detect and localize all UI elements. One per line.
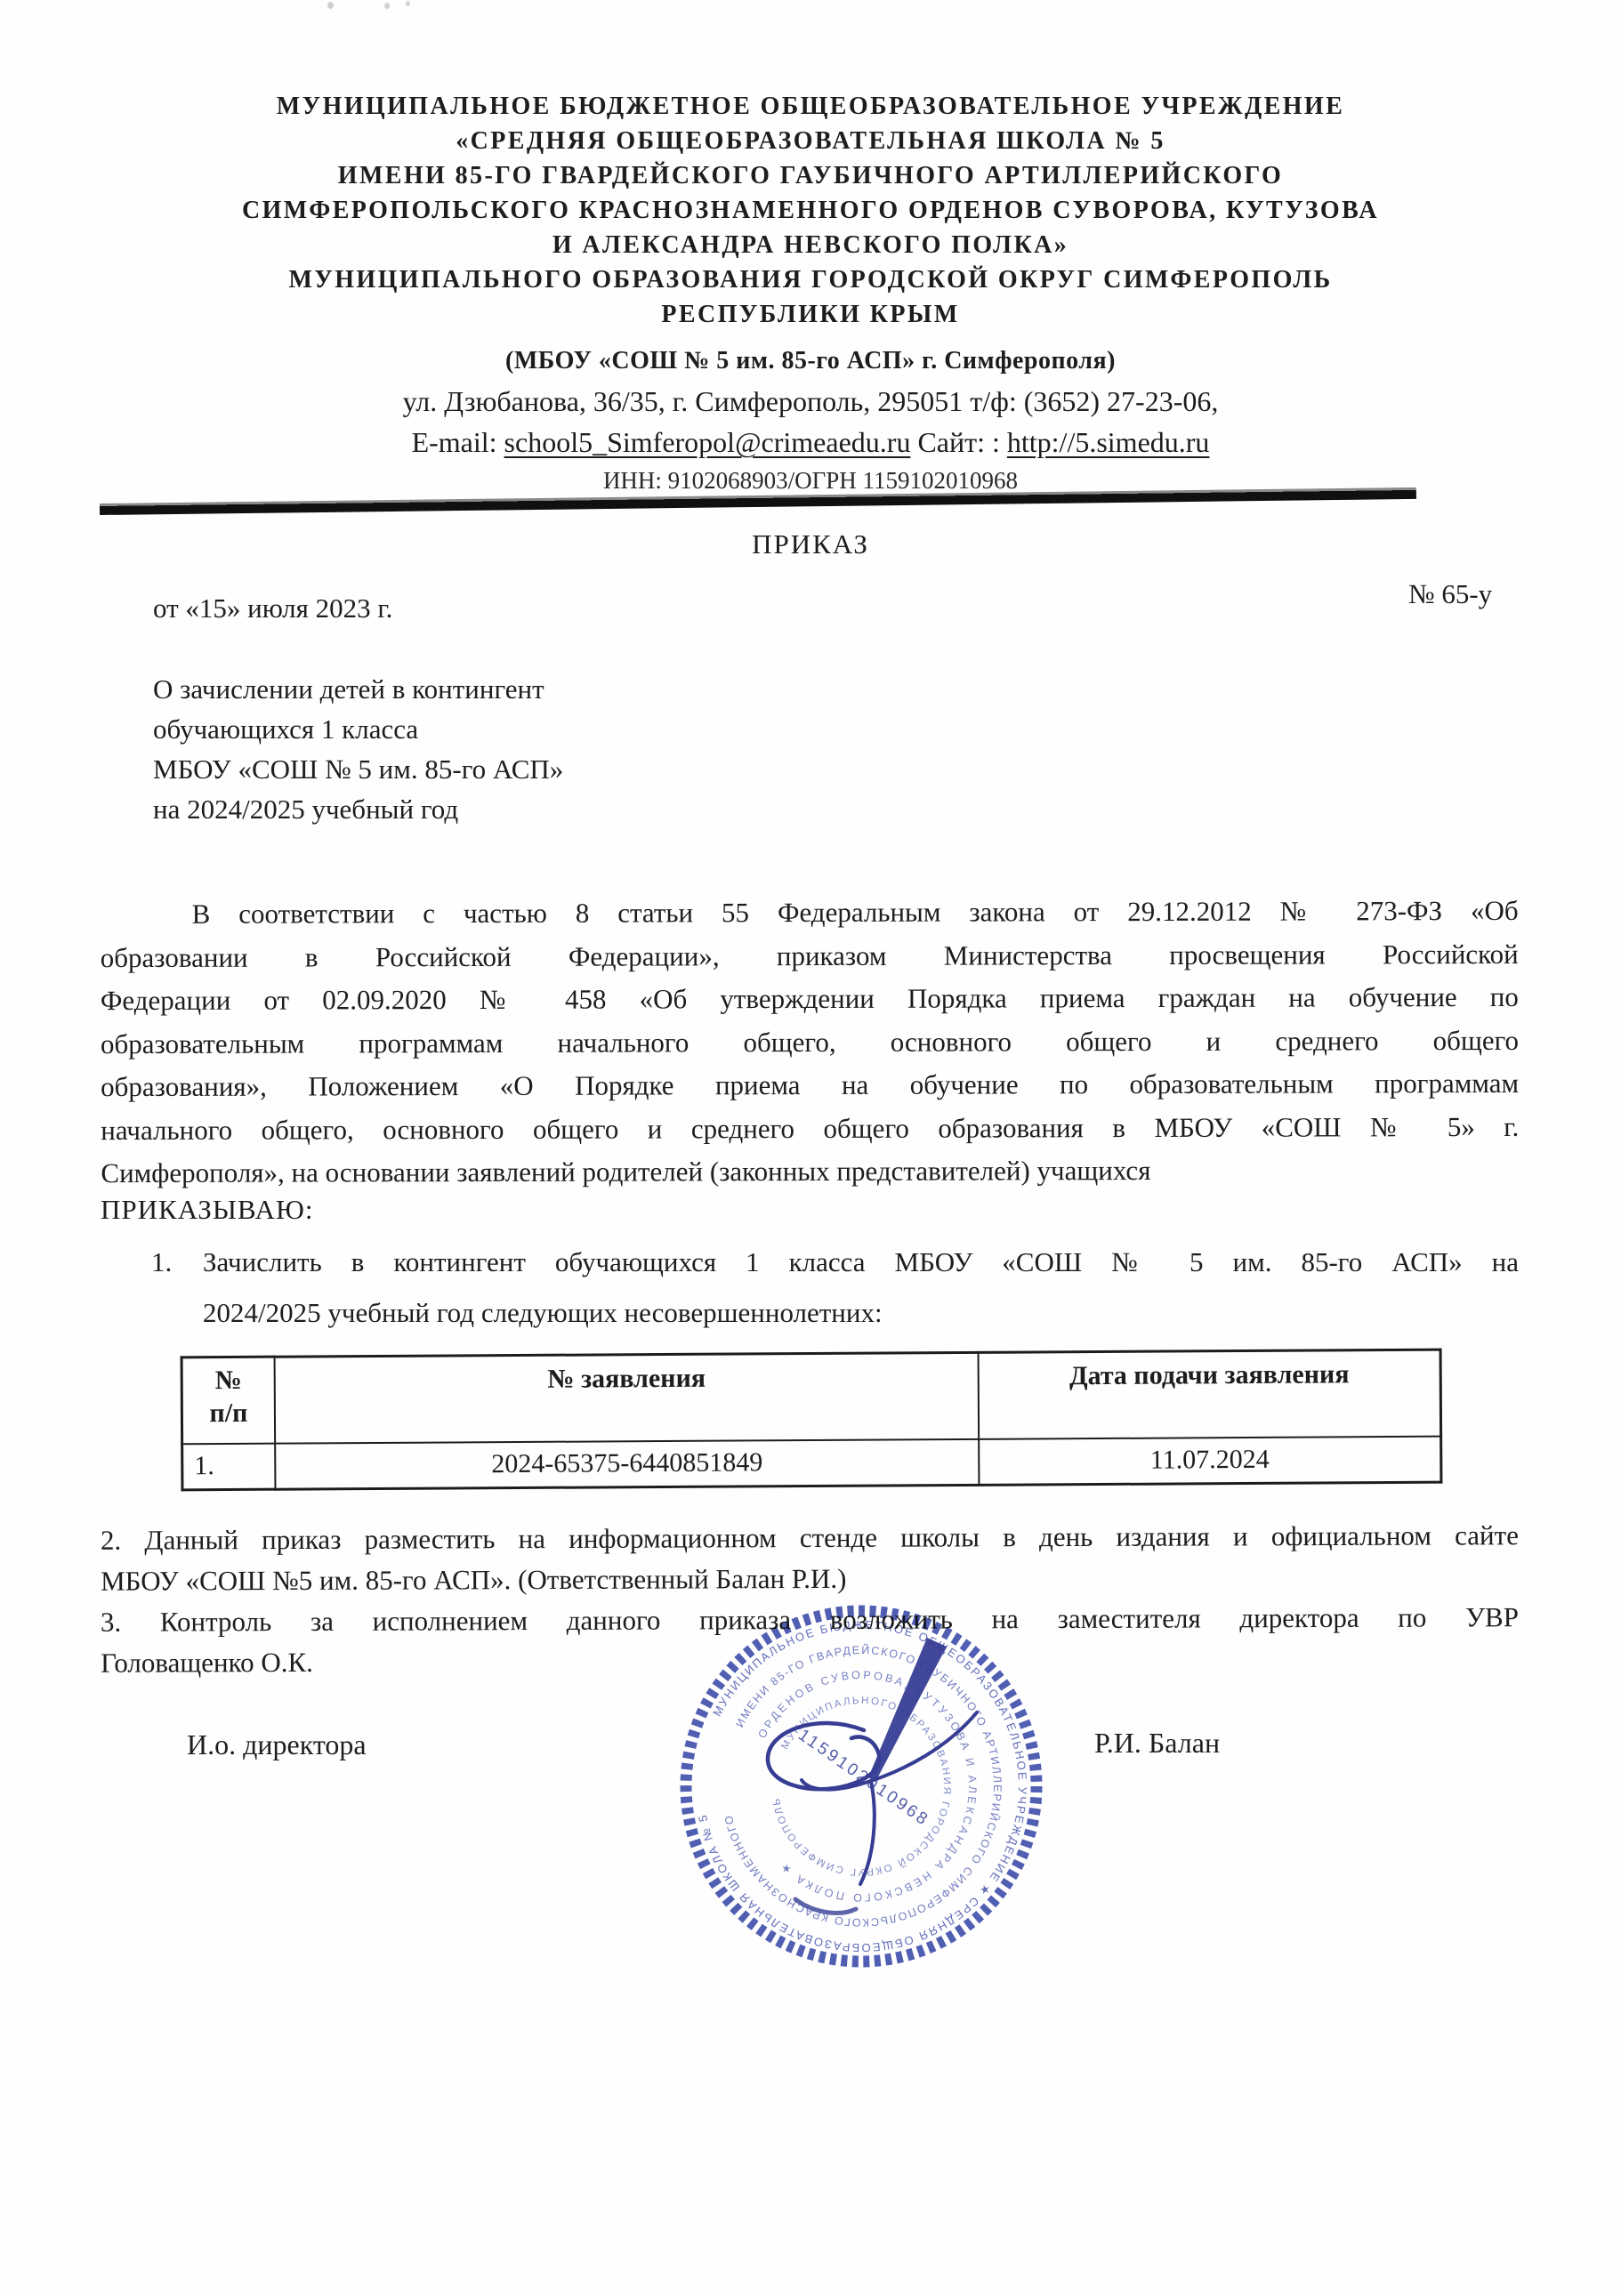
email-value: school5_Simferopol@crimeaedu.ru (504, 426, 911, 458)
email-label: E-mail: (412, 426, 497, 458)
org-name-line: РЕСПУБЛИКИ КРЫМ (0, 297, 1621, 332)
col-header-application-date: Дата подачи заявления (979, 1349, 1441, 1438)
signature-role: И.о. директора (187, 1728, 367, 1761)
item1-line: 2024/2025 учебный год следующих несоверш… (203, 1287, 1519, 1338)
col-header-application-number: № заявления (275, 1352, 980, 1443)
preamble-line: В соответствии с частью 8 статьи 55 Феде… (101, 890, 1519, 937)
scan-speck (406, 1, 410, 6)
org-address: ул. Дзюбанова, 36/35, г. Симферополь, 29… (0, 383, 1621, 420)
cell-application-number: 2024-65375-6440851849 (275, 1438, 979, 1489)
order-number: № 65-у (1408, 578, 1492, 610)
org-name-line: МУНИЦИПАЛЬНОГО ОБРАЗОВАНИЯ ГОРОДСКОЙ ОКР… (0, 262, 1621, 297)
org-contacts: E-mail: school5_Simferopol@crimeaedu.ru … (0, 423, 1621, 461)
scan-speck (327, 2, 334, 9)
preamble-line: Симферополя», на основании заявлений род… (101, 1148, 1519, 1196)
item1-line: Зачислить в контингент обучающихся 1 кла… (203, 1237, 1519, 1287)
table-row: 1. 2024-65375-6440851849 11.07.2024 (182, 1436, 1441, 1490)
scan-speck (384, 3, 390, 9)
official-round-stamp: МУНИЦИПАЛЬНОЕ БЮДЖЕТНОЕ ОБЩЕОБРАЗОВАТЕЛЬ… (664, 1595, 1060, 1991)
col-header-row-number: № п/п (181, 1357, 275, 1444)
order-preamble: В соответствии с частью 8 статьи 55 Феде… (101, 890, 1520, 1196)
scanned-order-document: МУНИЦИПАЛЬНОЕ БЮДЖЕТНОЕ ОБЩЕОБРАЗОВАТЕЛЬ… (0, 0, 1621, 2296)
subject-line: О зачислении детей в контингент (153, 669, 563, 709)
item-number: 1. (151, 1237, 172, 1287)
cell-row-number: 1. (182, 1443, 276, 1490)
order-item-1: 1. Зачислить в контингент обучающихся 1 … (151, 1237, 1519, 1338)
preamble-line: образования», Положением «О Порядке прие… (101, 1062, 1519, 1109)
preamble-line: образовании в Российской Федерации», при… (101, 932, 1519, 979)
preamble-line: начального общего, основного общего и ср… (101, 1105, 1519, 1152)
org-name-line: СИМФЕРОПОЛЬСКОГО КРАСНОЗНАМЕННОГО ОРДЕНО… (0, 193, 1621, 228)
subject-line: МБОУ «СОШ № 5 им. 85-го АСП» (153, 749, 563, 789)
table-header-row: № п/п № заявления Дата подачи заявления (181, 1349, 1441, 1444)
org-short-name: (МБОУ «СОШ № 5 им. 85-го АСП» г. Симферо… (0, 344, 1621, 378)
order-item-2: 2. Данный приказ разместить на информаци… (101, 1515, 1519, 1602)
order-subject: О зачислении детей в контингент обучающи… (153, 669, 563, 829)
preamble-line: образовательным программам начального об… (101, 1019, 1519, 1066)
item2-line: 2. Данный приказ разместить на информаци… (101, 1515, 1519, 1561)
site-url: http://5.simedu.ru (1007, 426, 1210, 458)
site-label: Сайт: : (917, 426, 999, 458)
subject-line: обучающихся 1 класса (153, 709, 563, 749)
order-date: от «15» июля 2023 г. (153, 592, 392, 624)
org-name-line: ИМЕНИ 85-ГО ГВАРДЕЙСКОГО ГАУБИЧНОГО АРТИ… (0, 158, 1621, 193)
preamble-line: Федерации от 02.09.2020 № 458 «Об утверж… (101, 976, 1519, 1023)
resolve-word: ПРИКАЗЫВАЮ: (101, 1194, 313, 1226)
enrollment-table: № п/п № заявления Дата подачи заявления … (181, 1349, 1443, 1492)
letterhead: МУНИЦИПАЛЬНОЕ БЮДЖЕТНОЕ ОБЩЕОБРАЗОВАТЕЛЬ… (0, 89, 1621, 495)
subject-line: на 2024/2025 учебный год (153, 789, 563, 829)
org-name-line: И АЛЕКСАНДРА НЕВСКОГО ПОЛКА» (0, 228, 1621, 262)
signature-name: Р.И. Балан (1094, 1727, 1220, 1760)
org-name-line: «СРЕДНЯЯ ОБЩЕОБРАЗОВАТЕЛЬНАЯ ШКОЛА № 5 (0, 124, 1621, 158)
cell-application-date: 11.07.2024 (979, 1436, 1441, 1485)
order-title: ПРИКАЗ (0, 528, 1621, 560)
org-name-line: МУНИЦИПАЛЬНОЕ БЮДЖЕТНОЕ ОБЩЕОБРАЗОВАТЕЛЬ… (0, 89, 1621, 124)
